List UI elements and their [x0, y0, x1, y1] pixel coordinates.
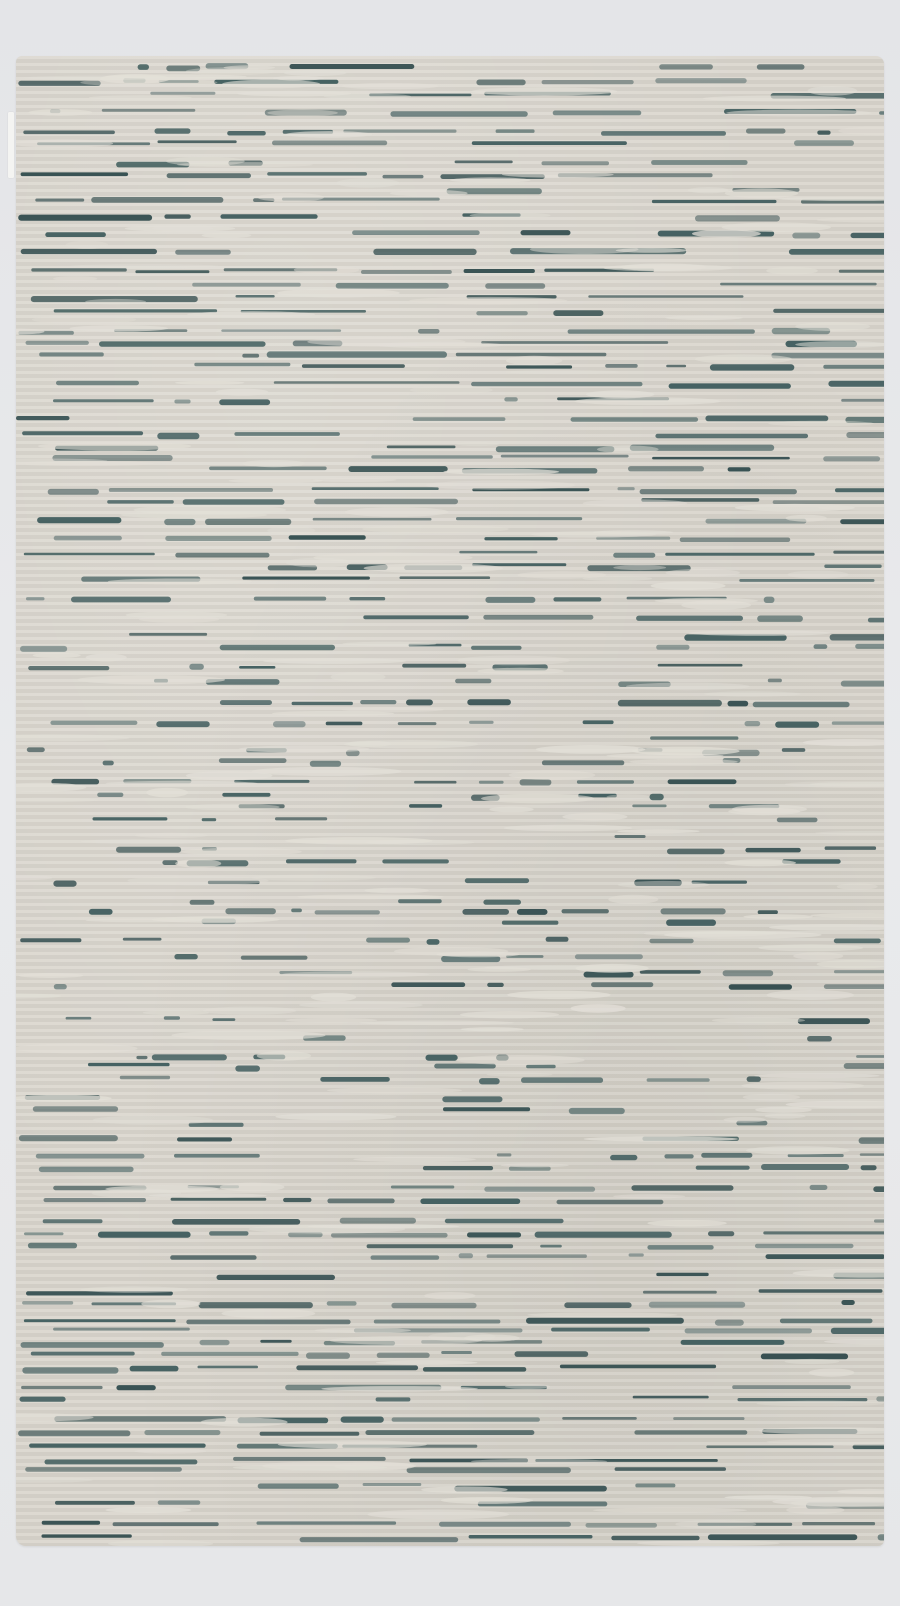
rug — [16, 56, 884, 1546]
rug-label-tag — [8, 112, 14, 178]
rug-streak-pattern — [16, 56, 884, 1546]
